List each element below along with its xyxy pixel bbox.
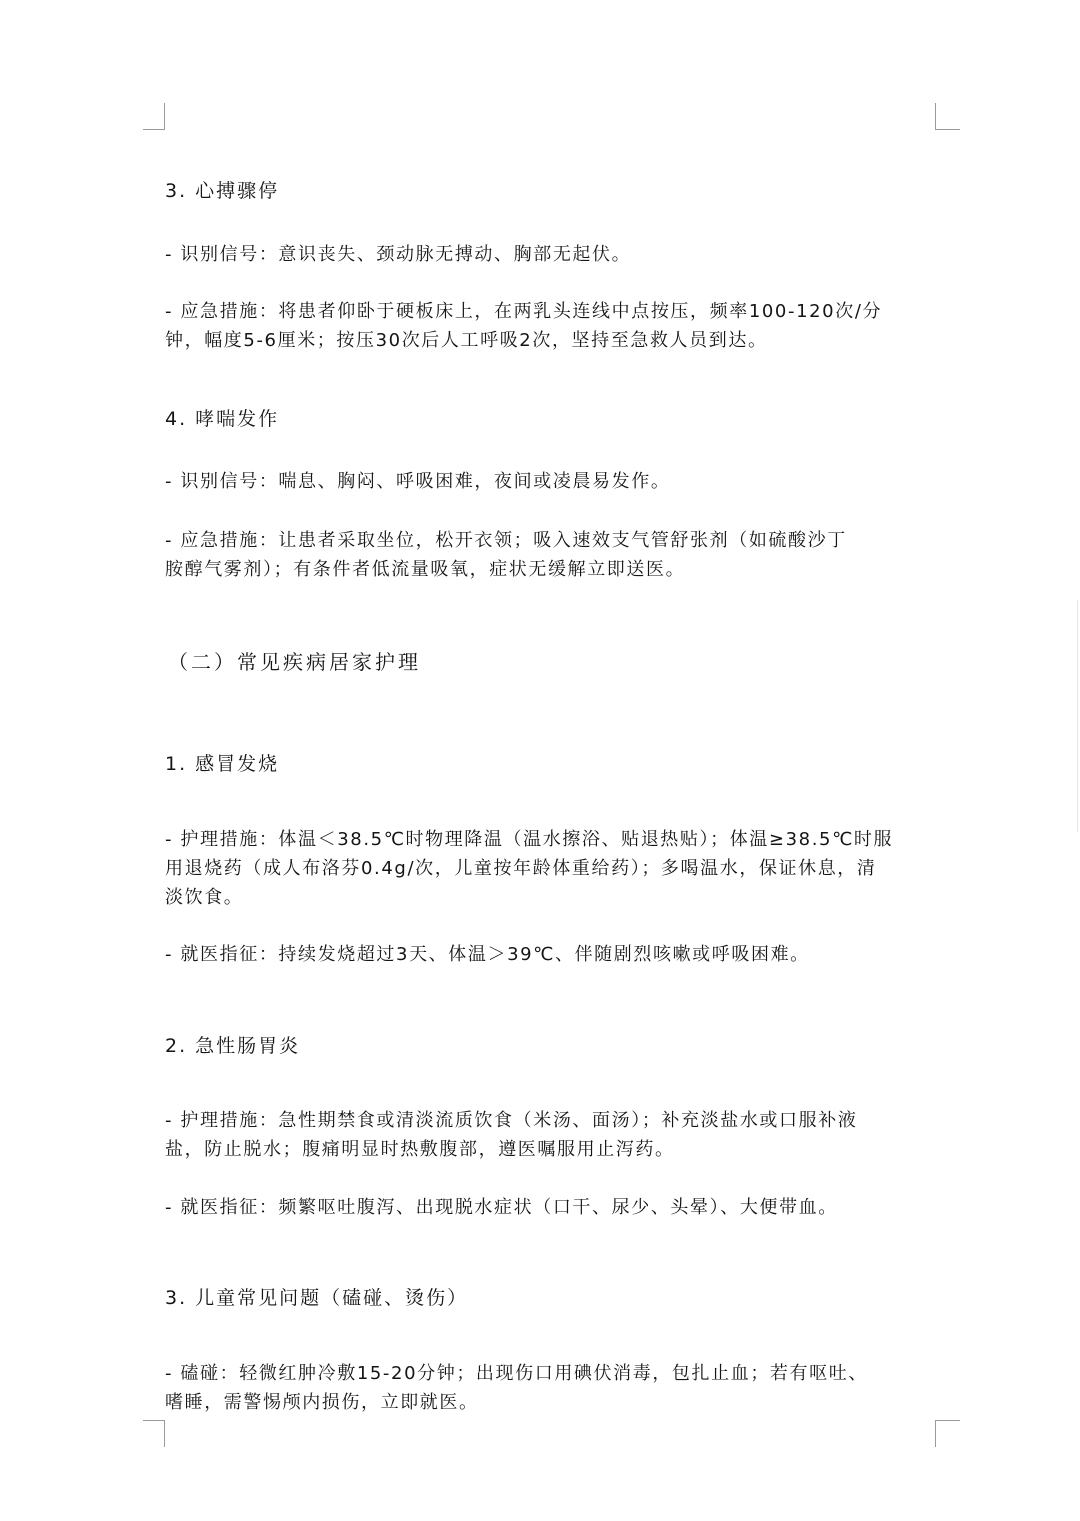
heading-cardiac-arrest: 3. 心搏骤停 (165, 177, 279, 206)
cold-fever-care-line-1: - 护理措施：体温＜38.5℃时物理降温（温水擦浴、贴退热贴）；体温≥38.5℃… (165, 825, 893, 854)
children-bumps-line-1: - 磕碰：轻微红肿冷敷15-20分钟；出现伤口用碘伏消毒，包扎止血；若有呕吐、 (165, 1359, 868, 1388)
corner-mark-bottom-right (935, 1420, 960, 1447)
asthma-signs: - 识别信号：喘息、胸闷、呼吸困难，夜间或凌晨易发作。 (165, 467, 670, 496)
heading-asthma-attack: 4. 哮喘发作 (165, 405, 279, 434)
cold-fever-care-line-3: 淡饮食。 (165, 883, 243, 912)
asthma-measures-line-2: 胺醇气雾剂）；有条件者低流量吸氧，症状无缓解立即送医。 (165, 555, 685, 584)
heading-children-issues: 3. 儿童常见问题（磕碰、烫伤） (165, 1284, 468, 1313)
gastroenteritis-care-line-1: - 护理措施：急性期禁食或清淡流质饮食（米汤、面汤）；补充淡盐水或口服补液 (165, 1106, 857, 1135)
cold-fever-doctor-indications: - 就医指征：持续发烧超过3天、体温＞39℃、伴随剧烈咳嗽或呼吸困难。 (165, 940, 810, 969)
cardiac-arrest-measures-line-1: - 应急措施：将患者仰卧于硬板床上，在两乳头连线中点按压，频率100-120次/… (165, 297, 882, 326)
section-title-home-care: （二）常见疾病居家护理 (168, 648, 421, 677)
corner-mark-bottom-left (143, 1420, 165, 1447)
document-page: 3. 心搏骤停 - 识别信号：意识丧失、颈动脉无搏动、胸部无起伏。 - 应急措施… (0, 0, 1080, 1521)
cardiac-arrest-measures-line-2: 钟，幅度5-6厘米；按压30次后人工呼吸2次，坚持至急救人员到达。 (165, 326, 768, 355)
heading-gastroenteritis: 2. 急性肠胃炎 (165, 1032, 300, 1061)
cardiac-arrest-signs: - 识别信号：意识丧失、颈动脉无搏动、胸部无起伏。 (165, 240, 631, 269)
corner-mark-top-left (143, 103, 165, 130)
gastroenteritis-care-line-2: 盐，防止脱水；腹痛明显时热敷腹部，遵医嘱服用止泻药。 (165, 1135, 675, 1164)
page-edge-shadow (1077, 600, 1078, 832)
cold-fever-care-line-2: 用退烧药（成人布洛芬0.4g/次，儿童按年龄体重给药）；多喝温水，保证休息，清 (165, 854, 877, 883)
children-bumps-line-2: 嗜睡，需警惕颅内损伤，立即就医。 (165, 1388, 479, 1417)
heading-cold-fever: 1. 感冒发烧 (165, 750, 279, 779)
corner-mark-top-right (935, 103, 960, 130)
asthma-measures-line-1: - 应急措施：让患者采取坐位，松开衣领；吸入速效支气管舒张剂（如硫酸沙丁 (165, 526, 847, 555)
gastroenteritis-doctor-indications: - 就医指征：频繁呕吐腹泻、出现脱水症状（口干、尿少、头晕）、大便带血。 (165, 1193, 838, 1222)
